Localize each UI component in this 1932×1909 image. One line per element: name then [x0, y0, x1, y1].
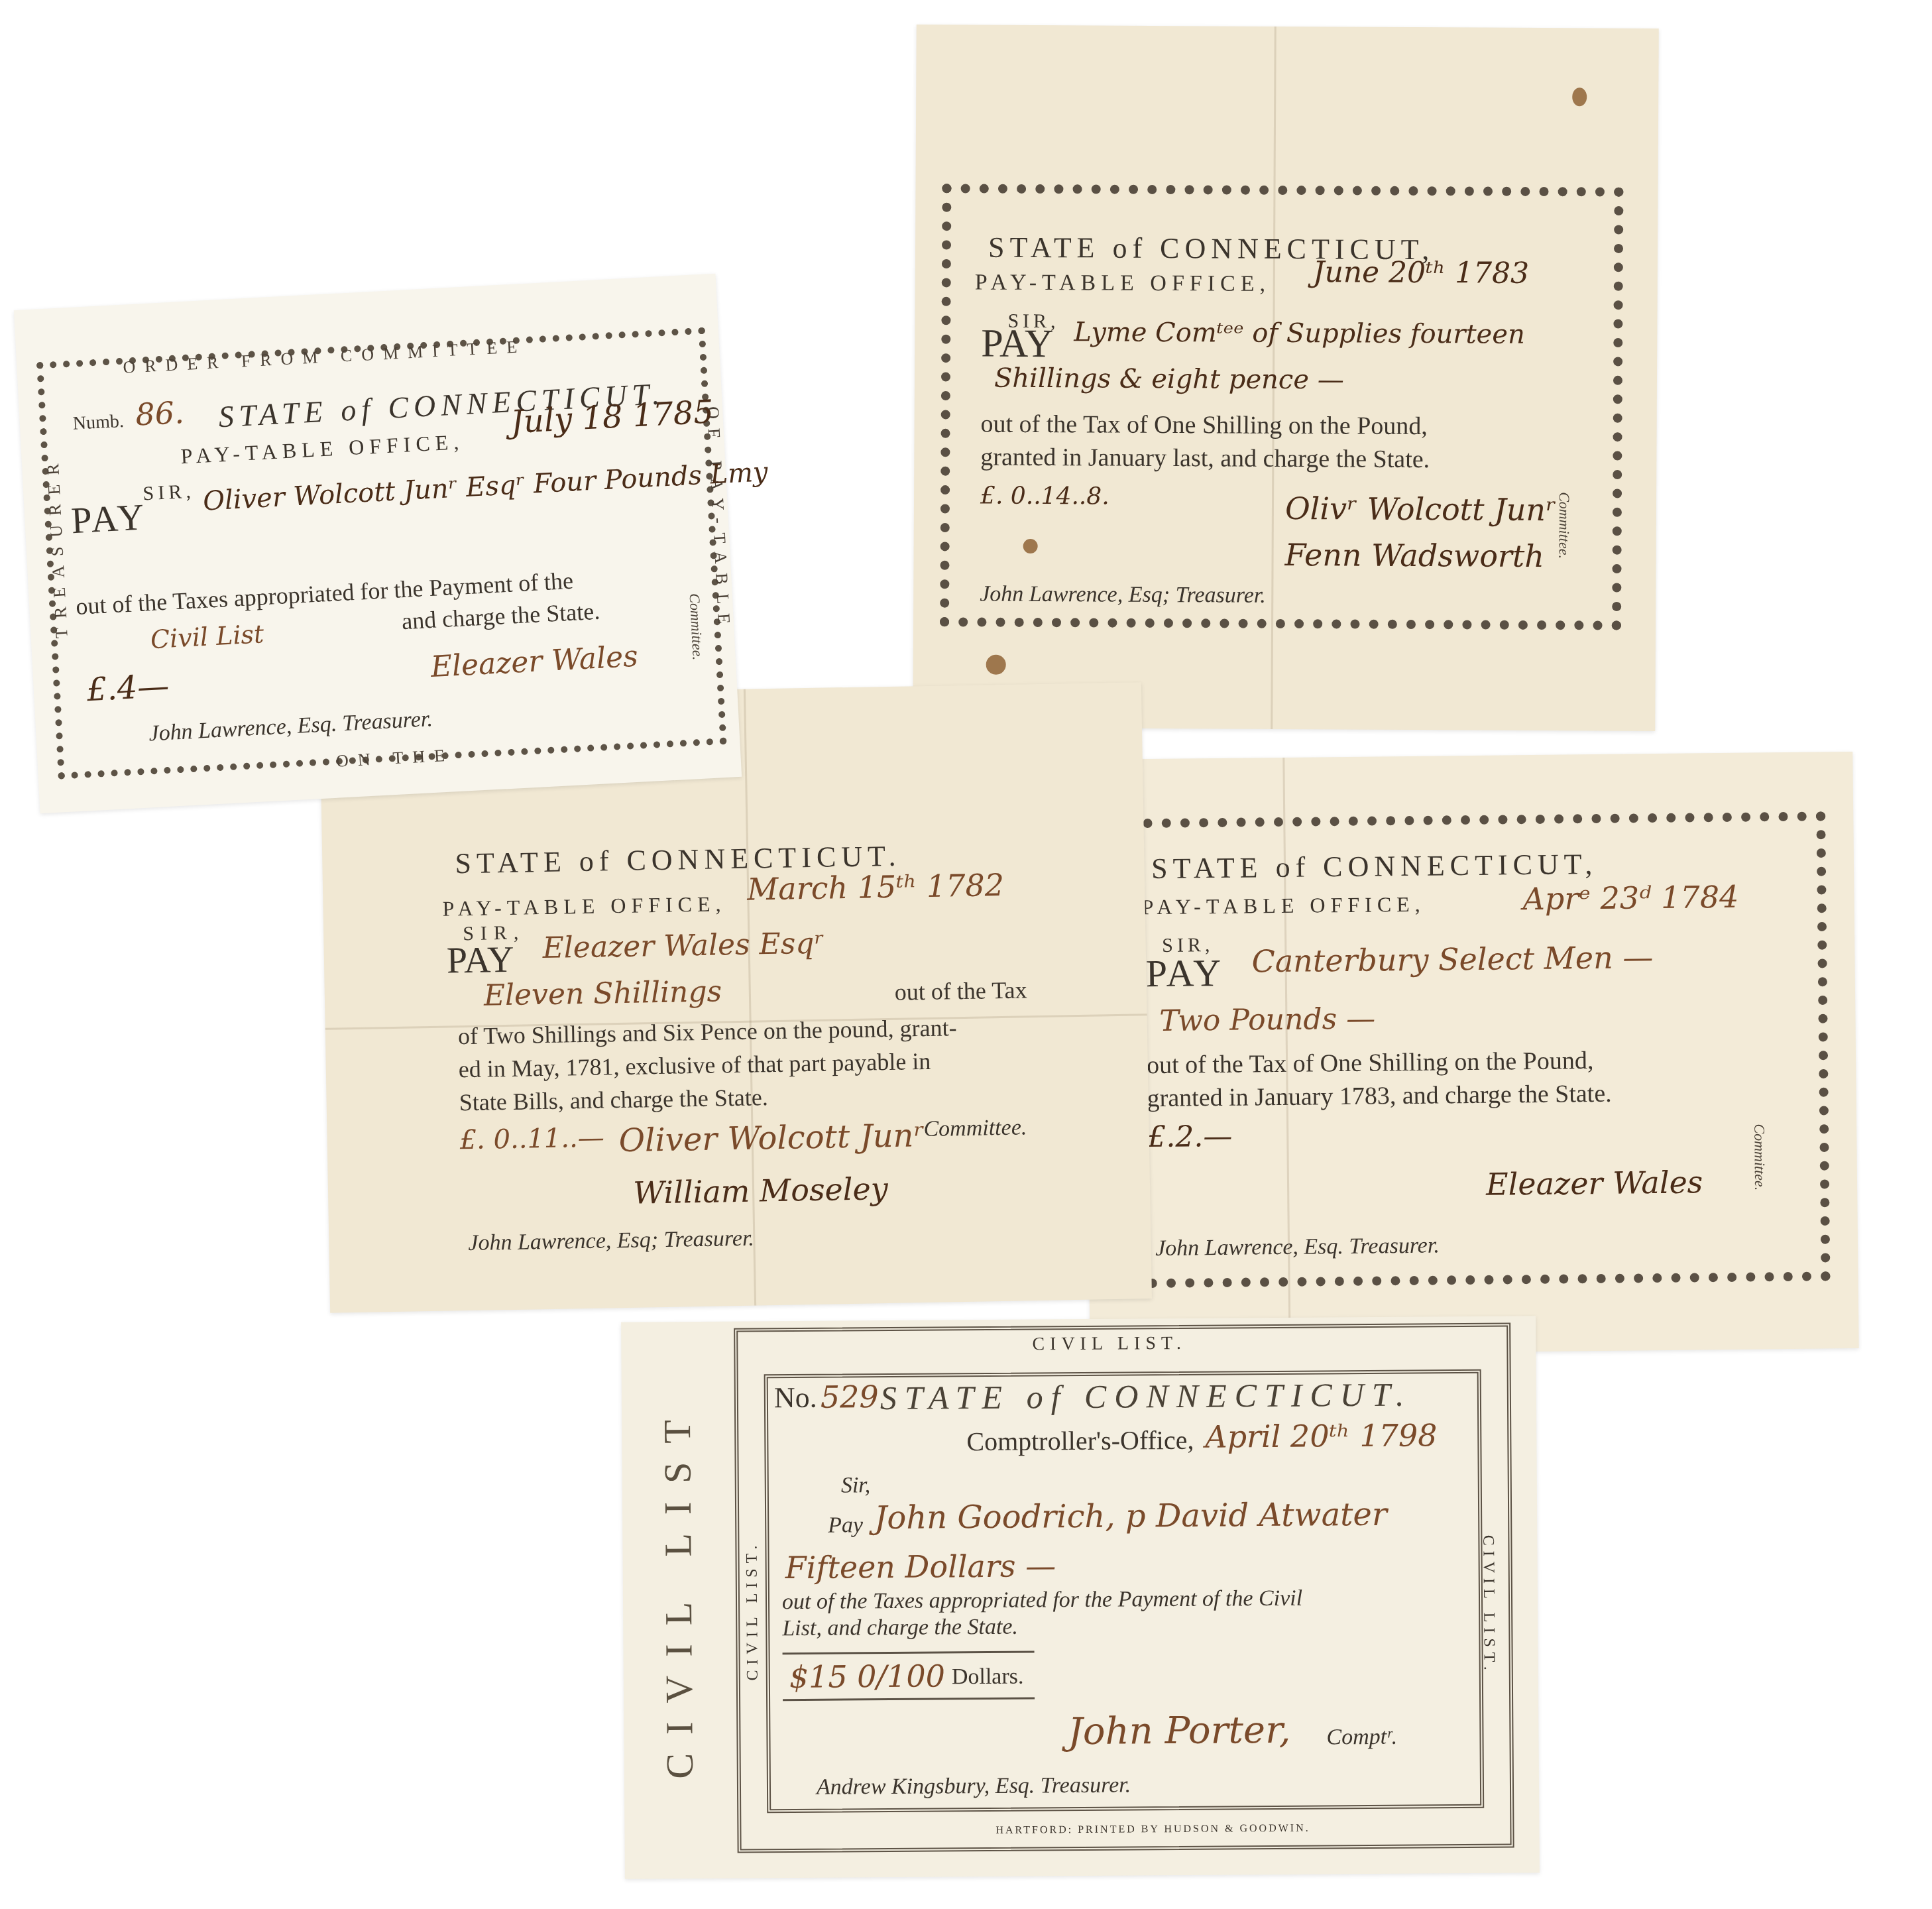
number-value: 529: [821, 1379, 879, 1415]
body-line-4: State Bills, and charge the State.: [459, 1083, 768, 1116]
treasurer-line: John Lawrence, Esq; Treasurer.: [980, 582, 1266, 608]
document-pay-order-1783: STATE of CONNECTICUT, PAY-TABLE OFFICE, …: [913, 25, 1659, 731]
signature: John Porter,: [1068, 1709, 1291, 1753]
date-handwritten: Aprᵉ 23ᵈ 1784: [1522, 879, 1738, 917]
office-label: PAY-TABLE OFFICE,: [975, 270, 1271, 297]
body-line-2: granted in January last, and charge the …: [980, 443, 1430, 475]
payee-handwritten: John Goodrich, p David Atwater: [874, 1496, 1387, 1536]
signature: Eleazer Wales: [1486, 1164, 1703, 1202]
payee-line-2: Shillings & eight pence —: [994, 363, 1344, 396]
doc-title: STATE of CONNECTICUT,: [1151, 847, 1598, 886]
signature-1: Oliver Wolcott Junʳ: [618, 1117, 925, 1159]
treasurer-line: John Lawrence, Esq. Treasurer.: [1155, 1234, 1440, 1261]
signature-2: William Moseley: [633, 1171, 888, 1211]
amount-words: Fifteen Dollars —: [785, 1548, 1056, 1586]
office-label: Comptroller's-Office,: [966, 1424, 1194, 1457]
signature-1: Olivʳ Wolcott Junʳ: [1285, 491, 1556, 528]
stub-text: CIVIL LIST: [655, 1401, 702, 1779]
amount-handwritten: £.2.—: [1147, 1120, 1232, 1154]
body-line-3: ed in May, 1781, exclusive of that part …: [458, 1047, 931, 1083]
body-line-2: granted in January 1783, and charge the …: [1147, 1079, 1611, 1113]
document-pay-order-1784: STATE of CONNECTICUT, PAY-TABLE OFFICE, …: [1084, 752, 1858, 1356]
ink-stain: [1023, 539, 1038, 553]
committee-label: Committee.: [1750, 1124, 1768, 1190]
pay-label: PAY: [981, 323, 1053, 364]
body-line-1: out of the Tax of One Shilling on the Po…: [981, 410, 1428, 441]
date-handwritten: March 15ᵗʰ 1782: [747, 867, 1005, 907]
number-value: 86.: [135, 394, 185, 433]
amount-figure: $15 0/100: [789, 1658, 945, 1695]
amount-handwritten: £. 0..14..8.: [980, 483, 1109, 510]
signature-title: Comptʳ.: [1326, 1725, 1397, 1751]
payee-handwritten: Canterbury Select Men —: [1251, 939, 1653, 979]
amount-handwritten: £. 0..11..—: [459, 1122, 604, 1155]
civil-list-header: CIVIL LIST.: [1032, 1333, 1186, 1356]
fold-line: [744, 689, 756, 1306]
amount-unit: Dollars.: [952, 1664, 1024, 1690]
salutation: Sir,: [841, 1473, 871, 1498]
office-label: PAY-TABLE OFFICE,: [442, 892, 726, 921]
printer-line: HARTFORD: PRINTED BY HUDSON & GOODWIN.: [995, 1823, 1310, 1837]
signature-2: Fenn Wadsworth: [1284, 537, 1544, 574]
amount-words: Eleven Shillings: [483, 974, 722, 1012]
payee-handwritten: Eleazer Wales Esqʳ: [542, 927, 824, 965]
amount-handwritten: £.4—: [86, 667, 170, 709]
pay-label: PAY: [1145, 951, 1223, 996]
side-label-right: CIVIL LIST.: [1479, 1535, 1497, 1676]
doc-title: STATE of CONNECTICUT.: [880, 1375, 1412, 1417]
body-line-2: List, and charge the State.: [782, 1615, 1018, 1641]
committee-label: Committee.: [923, 1115, 1027, 1142]
body-line-1: out of the Taxes appropriated for the Pa…: [782, 1586, 1302, 1615]
body-line-2: of Two Shillings and Six Pence on the po…: [458, 1013, 957, 1050]
committee-label: Committee.: [686, 593, 707, 660]
amount-words: Two Pounds —: [1159, 1002, 1375, 1038]
pay-label: Pay: [828, 1513, 863, 1538]
treasurer-line: Andrew Kingsbury, Esq. Treasurer.: [817, 1772, 1131, 1800]
office-label: PAY-TABLE OFFICE,: [1141, 892, 1425, 919]
pay-label: PAY: [70, 496, 148, 542]
salutation: SIR,: [142, 480, 196, 505]
payee-line-1: Lyme Comᵗᵉᵉ of Supplies fourteen: [1074, 317, 1525, 350]
side-label-left: CIVIL LIST.: [743, 1540, 762, 1680]
pay-label: PAY: [446, 939, 514, 982]
ink-stain: [986, 655, 1006, 675]
document-comptroller-order-1798: CIVIL LIST. CIVIL LIST CIVIL LIST. CIVIL…: [621, 1316, 1540, 1879]
body-handwritten-civil-list: Civil List: [150, 619, 264, 654]
treasurer-line: John Lawrence, Esq; Treasurer.: [468, 1226, 754, 1257]
document-pay-order-1785: ORDER FROM COMMITTEE OF PAY-TABLE ON THE…: [14, 274, 742, 813]
number-label: Numb.: [72, 411, 125, 435]
date-handwritten: April 20ᵗʰ 1798: [1205, 1417, 1438, 1454]
number-label: No.: [774, 1381, 817, 1415]
date-handwritten: June 20ᵗʰ 1783: [1313, 255, 1529, 290]
committee-label: Committee.: [1556, 492, 1573, 559]
ink-stain: [1572, 87, 1587, 106]
body-line-1: out of the Tax of One Shilling on the Po…: [1147, 1046, 1594, 1080]
body-line-1: out of the Tax: [895, 976, 1027, 1006]
